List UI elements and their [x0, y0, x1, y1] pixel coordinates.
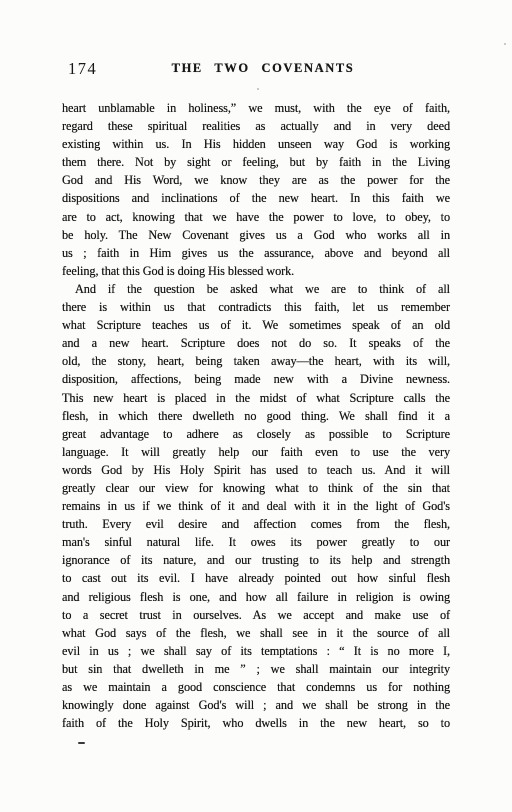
- text-line: language. It will greatly help our faith…: [62, 443, 450, 461]
- text-line: flesh, in which there dwelleth no good t…: [62, 407, 450, 425]
- text-line: are to act, knowing that we have the pow…: [62, 208, 450, 226]
- text-line: them there. Not by sight or feeling, but…: [62, 153, 450, 171]
- scan-artifact-mark: [78, 742, 85, 744]
- text-line: And if the question be asked what we are…: [62, 280, 450, 298]
- text-line: there is within us that contradicts this…: [62, 298, 450, 316]
- body-text: heart unblamable in holiness,” we must, …: [62, 99, 450, 732]
- text-line: be holy. The New Covenant gives us a God…: [62, 226, 450, 244]
- text-line: to a secret trust in ourselves. As we ac…: [62, 606, 450, 624]
- page-header: 174 THE TWO COVENANTS: [62, 59, 450, 76]
- text-line: remains in us if we think of it and deal…: [62, 497, 450, 515]
- text-line: greatly clear our view for knowing what …: [62, 479, 450, 497]
- text-line: This new heart is placed in the midst of…: [62, 389, 450, 407]
- paragraph-new: And if the question be asked what we are…: [62, 280, 450, 732]
- text-line: knowingly done against God's will ; and …: [62, 696, 450, 714]
- scan-speck: [257, 88, 259, 90]
- text-line: man's sinful natural life. It owes its p…: [62, 533, 450, 551]
- running-title: THE TWO COVENANTS: [62, 59, 450, 76]
- scan-speck: [504, 43, 506, 45]
- text-line: feeling, that this God is doing His bles…: [62, 262, 450, 280]
- text-line: what God says of the flesh, we shall see…: [62, 624, 450, 642]
- text-line: old, the stony, heart, being taken away—…: [62, 352, 450, 370]
- text-line: what Scripture teaches us of it. We some…: [62, 316, 450, 334]
- text-line: God and His Word, we know they are as th…: [62, 171, 450, 189]
- text-line: faith of the Holy Spirit, who dwells in …: [62, 714, 450, 732]
- text-line: evil in us ; we shall say of its temptat…: [62, 642, 450, 660]
- text-line: us ; faith in Him gives us the assurance…: [62, 244, 450, 262]
- text-line: dispositions and inclinations of the new…: [62, 189, 450, 207]
- text-line: existing within us. In His hidden unseen…: [62, 135, 450, 153]
- page-number: 174: [68, 59, 97, 79]
- text-line: great advantage to adhere as closely as …: [62, 425, 450, 443]
- text-line: to cast out its evil. I have already poi…: [62, 569, 450, 587]
- text-line: truth. Every evil desire and affection c…: [62, 515, 450, 533]
- text-line: disposition, affections, being made new …: [62, 370, 450, 388]
- text-line: heart unblamable in holiness,” we must, …: [62, 99, 450, 117]
- text-line: as we maintain a good conscience that co…: [62, 678, 450, 696]
- text-line: ignorance of its nature, and our trustin…: [62, 551, 450, 569]
- scan-speck: [92, 594, 93, 595]
- paragraph-continued: heart unblamable in holiness,” we must, …: [62, 99, 450, 280]
- book-page: 174 THE TWO COVENANTS heart unblamable i…: [0, 0, 512, 812]
- text-line: words God by His Holy Spirit has used to…: [62, 461, 450, 479]
- text-line: but sin that dwelleth in me ” ; we shall…: [62, 660, 450, 678]
- text-line: and religious flesh is one, and how all …: [62, 588, 450, 606]
- text-line: and a new heart. Scripture does not do s…: [62, 334, 450, 352]
- text-line: regard these spiritual realities as actu…: [62, 117, 450, 135]
